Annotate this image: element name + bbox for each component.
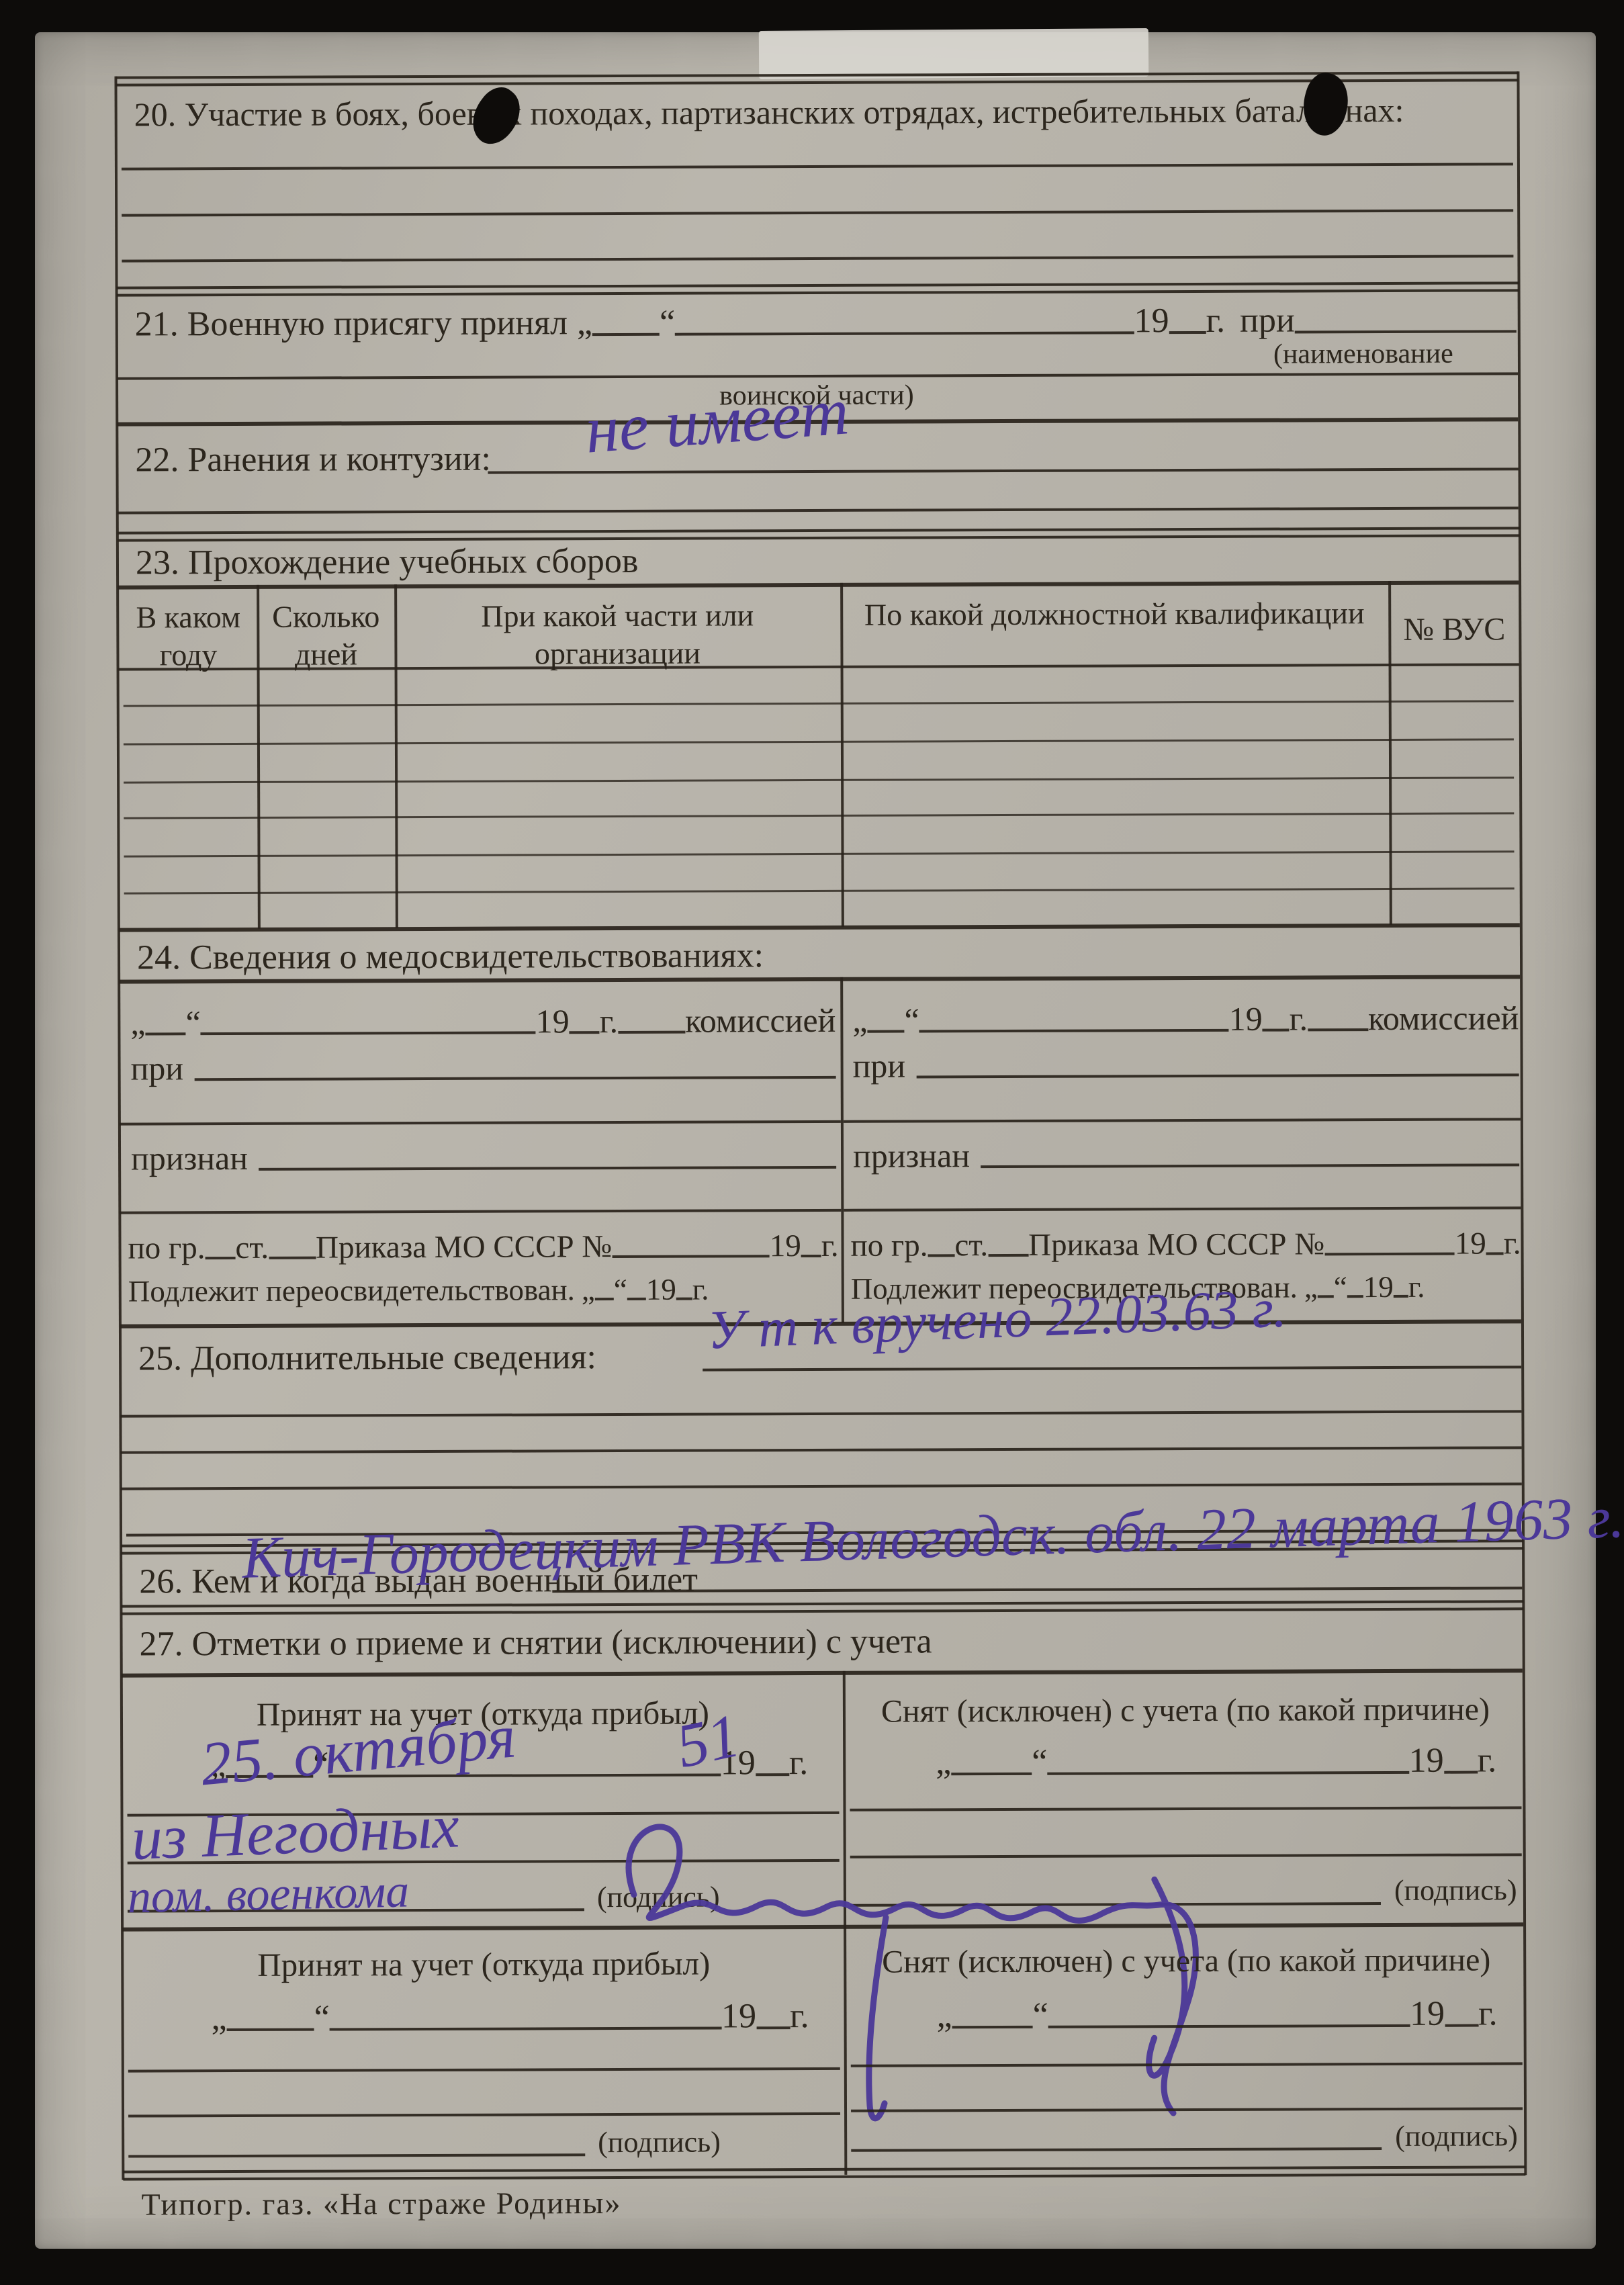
year-prefix: 19 [770, 1228, 801, 1264]
blank-field [1318, 1294, 1334, 1298]
priznan-label: признан [853, 1136, 970, 1175]
form-border-bottom [123, 2165, 1525, 2180]
blank-field [1048, 2023, 1410, 2028]
blank-field [612, 1253, 770, 1258]
med-pri-row: при [131, 1046, 836, 1088]
year-suffix: г. [821, 1228, 839, 1264]
podpis-label: (подпись) [1394, 1873, 1517, 1908]
blank-field [1486, 1251, 1504, 1255]
removed-date-row: „ “ 19 г. [936, 1740, 1496, 1782]
close-quote: “ [1334, 1269, 1347, 1304]
blank-field [570, 1030, 600, 1034]
blank-field [627, 1296, 646, 1300]
blank-field [592, 332, 660, 336]
open-quote: „ [936, 1996, 952, 2035]
year-prefix: 19 [721, 1996, 756, 2036]
year-prefix: 19 [536, 1001, 570, 1040]
year-suffix: г. [789, 1743, 809, 1783]
blank-field [618, 1030, 685, 1034]
table-column-divider [840, 583, 844, 927]
blank-field [1169, 330, 1206, 334]
ruled-line [844, 1118, 1521, 1123]
open-quote: „ [936, 1742, 951, 1782]
prikaz-label: Приказа МО СССР № [1028, 1226, 1324, 1263]
column-header-vus: № ВУС [1392, 610, 1516, 649]
accepted-header: Принят на учет (откуда прибыл) [128, 1943, 840, 1985]
ruled-line [703, 1365, 1521, 1371]
year-suffix: г. [1504, 1225, 1521, 1261]
ruled-line [122, 163, 1513, 170]
table-column-divider [394, 584, 398, 928]
table-row-line [124, 738, 1514, 745]
ruled-line [120, 1120, 841, 1126]
section-20-label: 20. Участие в боях, боевых походах, парт… [134, 91, 1404, 134]
table-row-line [124, 887, 1515, 894]
blank-field [1308, 1027, 1368, 1031]
po-gr-label: по гр. [128, 1230, 205, 1266]
table-column-divider [1388, 581, 1392, 925]
open-quote: „ [130, 1003, 145, 1042]
section-divider [121, 1600, 1523, 1615]
handwriting-official-title: пом. военкома [127, 1865, 410, 1924]
year-prefix: 19 [1134, 301, 1169, 341]
pri-label: при [1240, 300, 1295, 340]
section-divider [117, 281, 1519, 296]
open-quote: „ [1304, 1269, 1318, 1304]
year-suffix: г. [600, 1001, 619, 1040]
st-label: ст. [235, 1230, 269, 1266]
ruled-line [121, 1446, 1522, 1453]
blank-field [952, 2024, 1033, 2028]
form-border-top [116, 71, 1518, 86]
section-22-label: 22. Ранения и контузии: [135, 439, 491, 480]
year-prefix: 19 [1455, 1225, 1486, 1261]
close-quote: “ [314, 1998, 330, 2038]
column-header-days: Сколько дней [261, 598, 390, 674]
close-quote: “ [1033, 1996, 1048, 2035]
blank-field [801, 1253, 821, 1257]
form-layer: 20. Участие в боях, боевых походах, парт… [0, 0, 1624, 2285]
handwriting-from-unit: из Негодных [130, 1790, 461, 1874]
blank-field [146, 1031, 186, 1035]
ruled-line [122, 209, 1513, 216]
handwriting-ne-imeet: не имеет [583, 372, 852, 468]
year-prefix: 19 [1410, 1994, 1445, 2034]
blank-field [756, 2025, 790, 2029]
accepted-date-row: „ “ 19 г. [211, 1996, 809, 2038]
printer-imprint: Типогр. газ. «На страже Родины» [141, 2185, 621, 2222]
table-row-line [124, 812, 1514, 819]
blank-field [1047, 1770, 1408, 1775]
pri-label: при [131, 1048, 184, 1087]
table-row-line [124, 776, 1514, 783]
ruled-line [488, 467, 1519, 474]
blank-field [951, 1771, 1032, 1775]
blank-field [868, 1029, 905, 1033]
removed-header: Снят (исключен) с учета (по какой причин… [850, 1940, 1522, 1982]
med-pri-row: при [853, 1044, 1519, 1085]
close-quote: “ [1032, 1742, 1047, 1782]
blank-field [676, 1296, 692, 1300]
commission-label: комиссией [1368, 998, 1519, 1038]
blank-field [259, 1165, 836, 1171]
form-border-left [114, 77, 124, 2180]
table-row-line [124, 850, 1515, 857]
podpis-label: (подпись) [598, 2124, 721, 2159]
column-header-unit: При какой части или организации [398, 596, 836, 673]
year-prefix: 19 [1363, 1269, 1394, 1304]
open-quote: „ [211, 1998, 226, 2038]
med-prikaz-row: по гр. ст. Приказа МО СССР № 19 г. [850, 1225, 1521, 1263]
podpis-label: (подпись) [1395, 2118, 1518, 2153]
blank-field [981, 1162, 1519, 1168]
priznan-label: признан [131, 1138, 248, 1178]
handwriting-issued-by: Кич-Городецким РВК Вологодск. обл. 22 ма… [241, 1484, 1624, 1593]
blank-field [919, 1028, 1229, 1033]
blank-field [1347, 1294, 1363, 1298]
removed-date-row: „ “ 19 г. [936, 1993, 1497, 2035]
year-suffix: г. [1206, 301, 1226, 341]
scanned-document: 20. Участие в боях, боевых походах, парт… [0, 0, 1624, 2285]
blank-field [227, 2027, 314, 2031]
blank-field [1445, 2023, 1478, 2027]
blank-field [1324, 1251, 1455, 1256]
blank-field [1394, 1294, 1408, 1298]
year-suffix: г. [1478, 1740, 1497, 1780]
pri-label: при [853, 1046, 906, 1085]
open-quote: „ [582, 1272, 595, 1307]
ruled-line [120, 1410, 1521, 1417]
po-gr-label: по гр. [850, 1227, 928, 1263]
ruled-line [122, 255, 1513, 262]
ruled-line [844, 1206, 1521, 1212]
close-quote: “ [904, 1000, 919, 1039]
blank-field [595, 1296, 614, 1300]
blank-field [675, 330, 1134, 335]
section-27-label: 27. Отметки о приеме и снятии (исключени… [139, 1621, 932, 1664]
commission-label: комиссией [685, 1001, 836, 1040]
blank-field [1263, 1028, 1290, 1032]
section-23-label: 23. Прохождение учебных сборов [136, 541, 639, 583]
section-divider [118, 527, 1520, 541]
med-date-row: „ “ 19 г. комиссией [852, 998, 1519, 1039]
year-prefix: 19 [1229, 999, 1263, 1038]
med-priznan-row: признан [131, 1136, 836, 1178]
podlezhit-label: Подлежит переосвидетельствован. [128, 1272, 575, 1308]
prikaz-label: Приказа МО СССР № [316, 1228, 612, 1266]
blank-field [1295, 328, 1517, 333]
blank-field [330, 2025, 721, 2030]
removed-header: Снят (исключен) с учета (по какой причин… [850, 1690, 1521, 1732]
section-24-column-divider [840, 977, 844, 1323]
blank-field [206, 1255, 236, 1259]
med-date-row: „ “ 19 г. комиссией [130, 1001, 836, 1042]
table-row-line [124, 700, 1514, 707]
med-priznan-row: признан [853, 1134, 1519, 1175]
blank-field [916, 1072, 1519, 1078]
section-21-label: 21. Военную присягу принял [135, 303, 568, 344]
st-label: ст. [954, 1227, 988, 1263]
signature-scrawl [586, 1798, 1340, 2177]
year-prefix: 19 [646, 1272, 676, 1307]
ruled-line [120, 1209, 841, 1214]
blank-field [756, 1772, 789, 1776]
table-bottom-border [119, 923, 1520, 932]
open-quote: „ [852, 1001, 867, 1040]
section-25-label: 25. Дополнительные сведения: [138, 1337, 596, 1378]
section-27-top-border [122, 1668, 1523, 1677]
blank-field [1444, 1770, 1478, 1774]
close-quote: “ [660, 303, 675, 343]
med-prikaz-row: по гр. ст. Приказа МО СССР № 19 г. [128, 1228, 838, 1267]
year-suffix: г. [1290, 999, 1308, 1038]
blank-field [988, 1253, 1028, 1257]
form-border-right [1517, 71, 1527, 2175]
close-quote: “ [614, 1272, 627, 1307]
signature-line [128, 2153, 585, 2157]
year-prefix: 19 [1409, 1741, 1444, 1781]
section-24-label: 24. Сведения о медосвидетельствованиях: [137, 936, 764, 977]
year-suffix: г. [790, 1996, 809, 2036]
ruled-line [118, 506, 1519, 514]
open-quote: „ [577, 303, 592, 343]
blank-field [269, 1255, 316, 1259]
column-header-year: В каком году [123, 598, 253, 674]
year-suffix: г. [1408, 1269, 1425, 1304]
blank-field [201, 1030, 536, 1035]
blank-field [928, 1253, 955, 1257]
column-header-qualification: По какой должностной квалификации [844, 594, 1384, 634]
close-quote: “ [185, 1003, 200, 1042]
year-suffix: г. [1478, 1993, 1498, 2033]
table-column-divider [257, 585, 261, 929]
ruled-line [121, 1482, 1522, 1490]
blank-field [194, 1075, 836, 1081]
footnote-naimenovanie: (наименование [1273, 338, 1453, 371]
